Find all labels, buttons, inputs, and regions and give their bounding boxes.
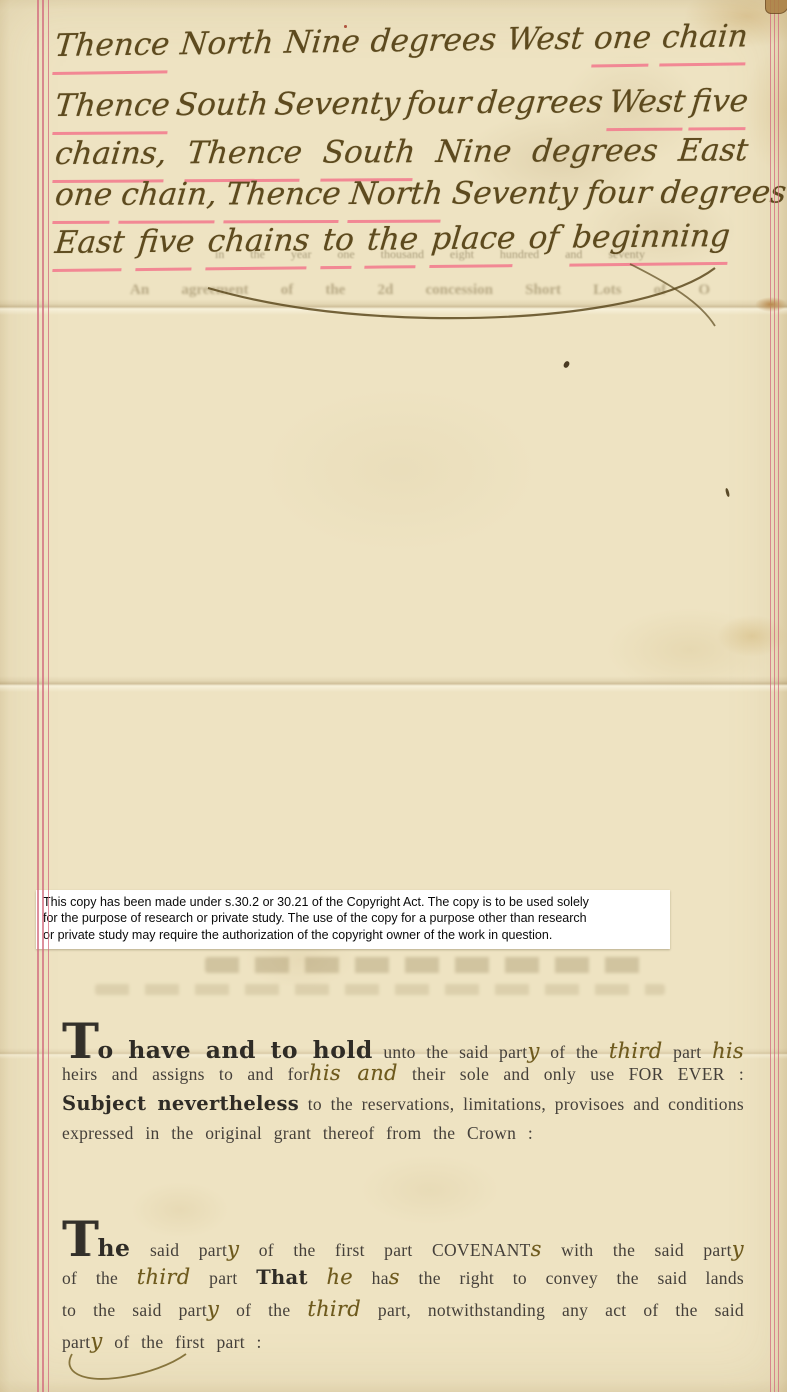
handwritten-insertion: y xyxy=(207,1297,219,1321)
handwritten-insertion: y xyxy=(527,1039,539,1063)
habendum-line-1: To have and to hold unto the said party … xyxy=(62,1030,744,1064)
handwritten-word: Seventy xyxy=(273,86,402,123)
print-text: part xyxy=(62,1332,90,1352)
handwritten-word: South xyxy=(174,86,270,123)
handwritten-insertion: s xyxy=(531,1237,542,1261)
handwritten-word: East xyxy=(677,132,750,168)
covenant-line-2: of the third part That he has the right … xyxy=(62,1266,744,1290)
copyright-notice-line: for the purpose of research or private s… xyxy=(43,910,664,926)
blackletter-phrase: Subject nevertheless xyxy=(62,1092,299,1115)
ink-flourish xyxy=(60,1352,190,1386)
handwritten-word: four xyxy=(585,175,654,211)
corner-tab-stain xyxy=(765,0,787,14)
ink-speck xyxy=(344,25,347,28)
margin-rule-left xyxy=(48,0,50,1392)
blackletter-phrase: That xyxy=(256,1266,308,1289)
handwritten-word: beginning xyxy=(570,218,732,267)
handwritten-word: East xyxy=(52,224,126,272)
margin-rule-left xyxy=(37,0,39,1392)
handwritten-line: Thence North Nine degrees West one chain xyxy=(52,18,749,78)
handwritten-word: Thence xyxy=(52,87,171,135)
copyright-notice-line: This copy has been made under s.30.2 or … xyxy=(43,894,664,910)
handwritten-word: place xyxy=(429,220,517,268)
habendum-line-3: Subject nevertheless to the reservations… xyxy=(62,1092,744,1116)
print-text: part, notwithstanding any act of the sai… xyxy=(378,1300,744,1320)
handwritten-word: Nine xyxy=(434,134,513,170)
print-text: of the first part : xyxy=(114,1332,261,1352)
handwritten-insertion: y xyxy=(227,1237,239,1261)
handwritten-word: North xyxy=(179,25,275,62)
blackletter-heading: o have and to hold xyxy=(97,1036,372,1064)
ink-flourish xyxy=(200,262,720,332)
handwritten-word: Nine xyxy=(283,24,362,61)
print-text: part xyxy=(673,1042,701,1062)
handwritten-word: South xyxy=(320,134,417,182)
handwritten-word: North xyxy=(347,176,445,223)
showthrough-blobs xyxy=(205,957,650,973)
copyright-notice: This copy has been made under s.30.2 or … xyxy=(36,890,670,949)
handwritten-word: Thence xyxy=(52,26,171,75)
handwritten-insertion: y xyxy=(90,1329,102,1353)
handwritten-insertion: third xyxy=(137,1265,191,1289)
print-text: their sole and only use FOR EVER : xyxy=(412,1064,744,1084)
handwritten-word: degrees xyxy=(659,174,787,210)
handwritten-word: one xyxy=(52,177,114,224)
handwritten-word: Thence xyxy=(185,135,304,183)
copyright-notice-line: or private study may require the authori… xyxy=(43,927,664,943)
fold-edge-stain xyxy=(755,297,787,312)
handwritten-word: chain xyxy=(659,18,749,66)
margin-rule-right xyxy=(774,0,776,1392)
handwritten-word: degrees xyxy=(476,84,605,121)
handwritten-insertion: his and xyxy=(309,1061,398,1085)
covenant-line-4: party of the first part : xyxy=(62,1330,262,1354)
handwritten-word: five xyxy=(135,223,196,271)
margin-rule-right xyxy=(778,0,780,1392)
fold-crease-middle xyxy=(0,676,787,692)
handwritten-word: four xyxy=(405,85,473,121)
margin-rule-right xyxy=(770,0,772,1392)
print-text: of the xyxy=(62,1268,118,1288)
handwritten-word: Thence xyxy=(223,176,342,223)
handwritten-insertion: s xyxy=(389,1265,400,1289)
print-text: of the first part COVENANT xyxy=(259,1240,531,1260)
covenant-line-1: The said party of the first part COVENAN… xyxy=(62,1228,744,1262)
print-text: the right to convey the said lands xyxy=(419,1268,744,1288)
handwritten-insertion: y xyxy=(732,1237,744,1261)
handwritten-word: of xyxy=(527,220,561,256)
blackletter-heading: he xyxy=(97,1234,130,1262)
covenant-line-3: to the said party of the third part, not… xyxy=(62,1298,744,1322)
handwritten-word: West xyxy=(606,84,687,132)
showthrough-blobs xyxy=(95,984,665,995)
print-text: to the reservations, limitations, provis… xyxy=(308,1094,744,1114)
handwritten-word: West xyxy=(506,21,585,58)
handwritten-insertion: third xyxy=(609,1039,663,1063)
print-text: with the said part xyxy=(561,1240,732,1260)
print-text: to the said part xyxy=(62,1300,207,1320)
drop-cap-initial: T xyxy=(62,1210,97,1268)
margin-rule-left xyxy=(42,0,44,1392)
print-text: of the xyxy=(236,1300,290,1320)
print-text: heirs and assigns to and for xyxy=(62,1064,309,1084)
habendum-line-2: heirs and assigns to and forhis and thei… xyxy=(62,1062,744,1086)
print-text: of the xyxy=(550,1042,598,1062)
handwritten-insertion: he xyxy=(326,1265,353,1289)
ink-speck xyxy=(725,488,730,497)
ink-speck xyxy=(563,360,571,369)
print-text: part xyxy=(209,1268,237,1288)
deed-page-scan: in the year one thousand eight hundred a… xyxy=(0,0,787,1392)
handwritten-word: five xyxy=(689,83,750,130)
handwritten-insertion: his xyxy=(712,1039,744,1063)
print-text: unto the said part xyxy=(383,1042,527,1062)
handwritten-word: one xyxy=(592,20,653,68)
handwritten-insertion: third xyxy=(307,1297,361,1321)
print-text: expressed in the original grant thereof … xyxy=(62,1123,533,1143)
habendum-line-4: expressed in the original grant thereof … xyxy=(62,1122,533,1145)
print-text: ha xyxy=(372,1268,389,1288)
handwritten-word: chain, xyxy=(118,176,218,223)
handwritten-word: degrees xyxy=(369,22,498,60)
print-text: said part xyxy=(150,1240,227,1260)
handwritten-word: degrees xyxy=(531,133,660,170)
handwritten-word: Seventy xyxy=(450,175,579,211)
handwritten-line: Thence South Seventy four degrees West f… xyxy=(52,83,750,138)
